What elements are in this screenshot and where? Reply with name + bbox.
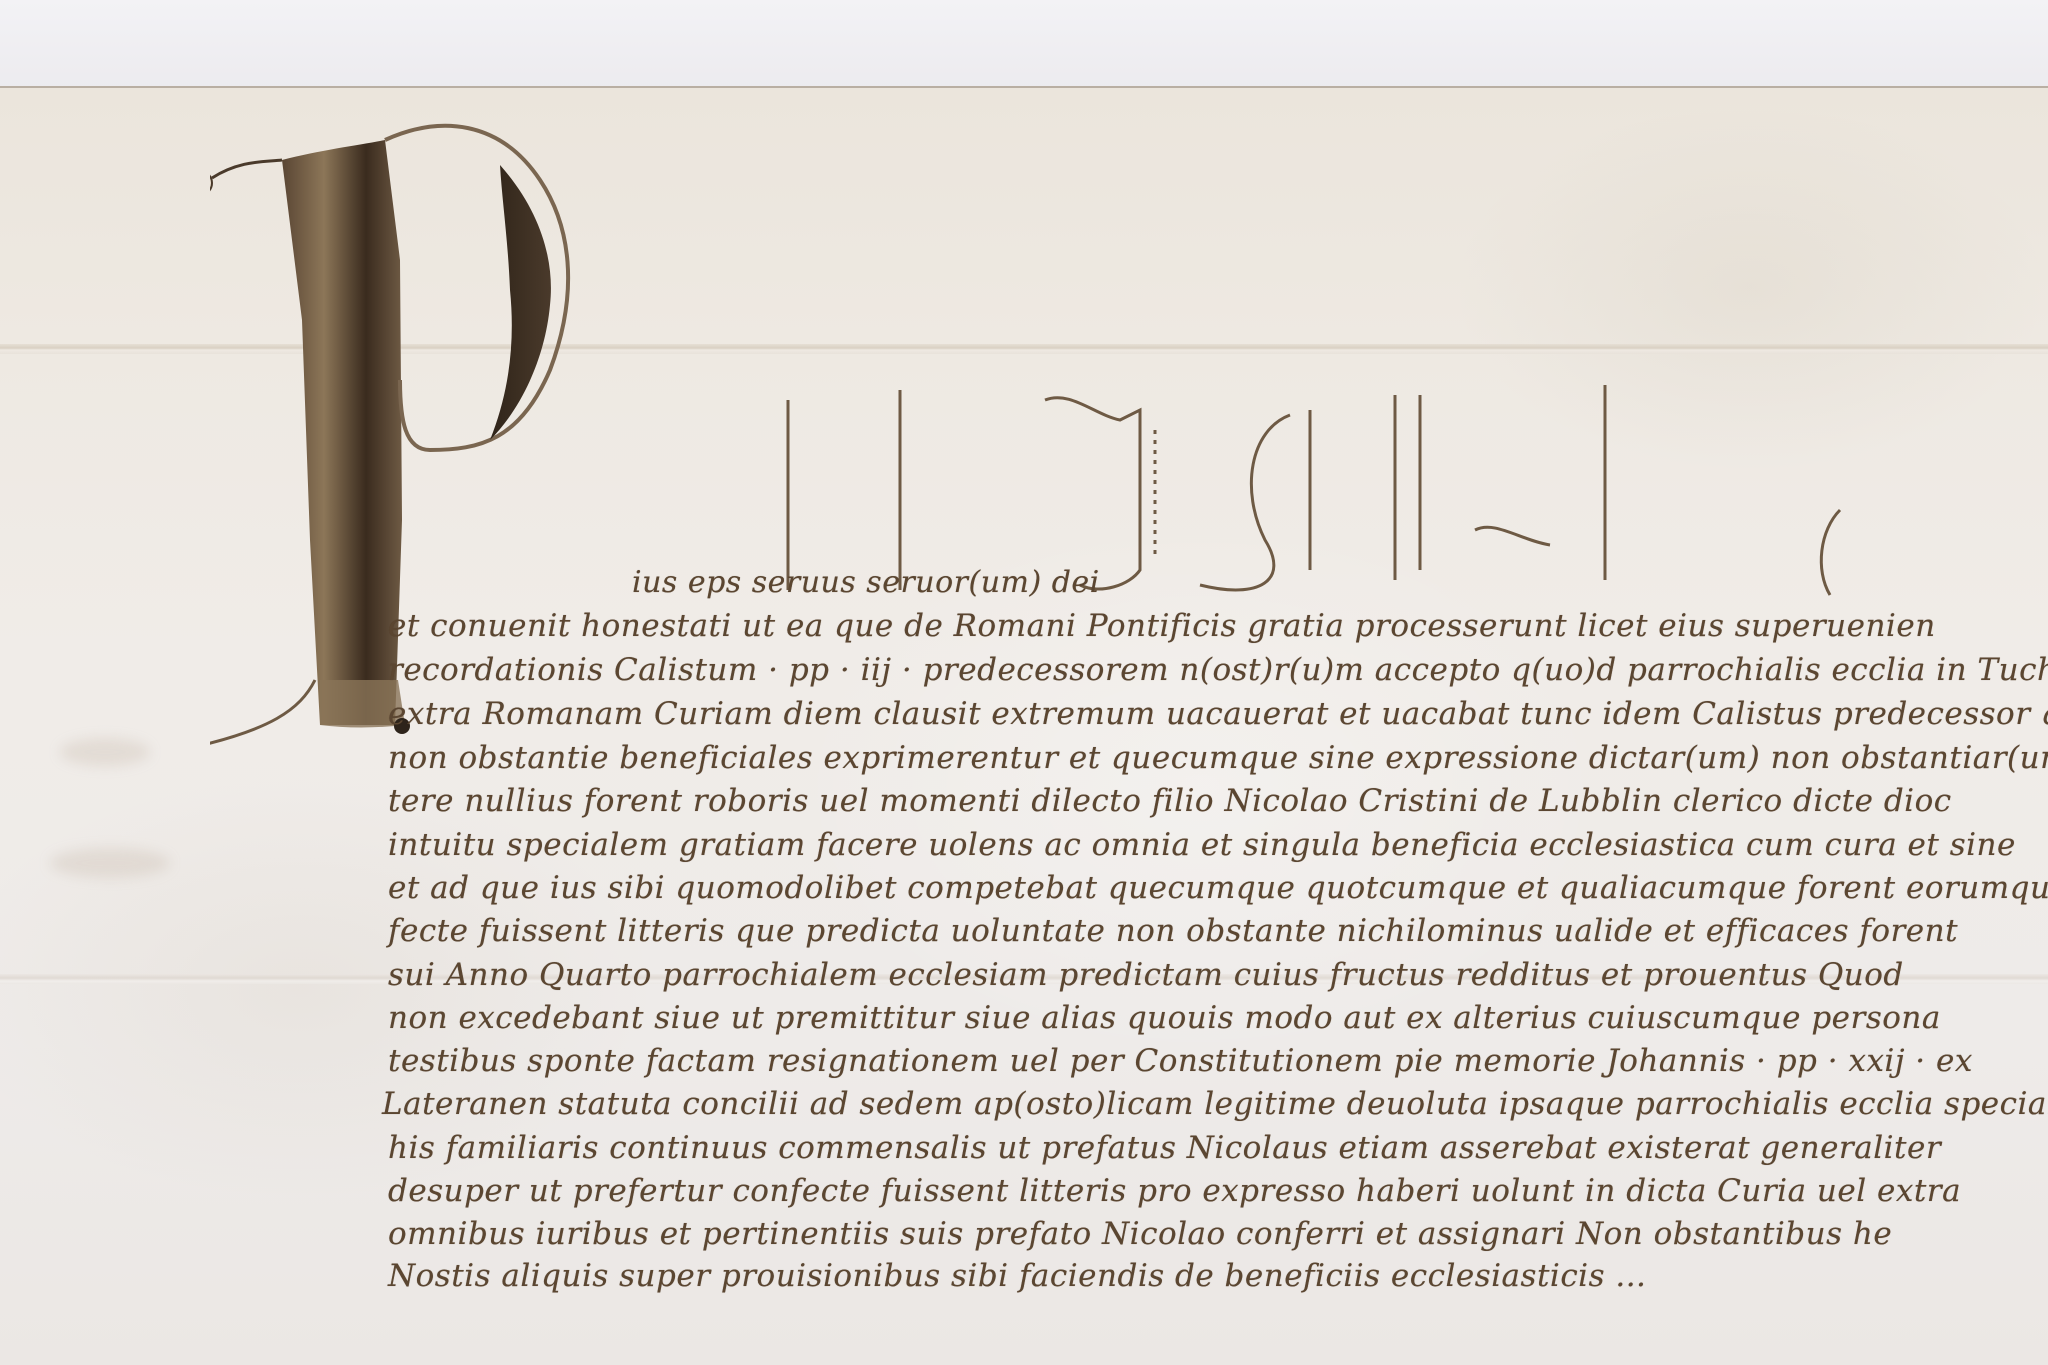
text-line: et ad que ius sibi quomodolibet competeb… [388,870,2048,906]
document-body: ius eps seruus seruor(um) dei et conueni… [0,0,2048,1365]
text-line: his familiaris continuus commensalis ut … [388,1130,1941,1166]
text-line: tere nullius forent roboris uel momenti … [388,783,1952,819]
text-line: recordationis Calistum · pp · iij · pred… [388,652,2048,688]
text-line: non obstantie beneficiales exprimerentur… [388,740,2048,776]
text-line: fecte fuissent litteris que predicta uol… [388,913,1958,949]
text-line: Lateranen statuta concilii ad sedem ap(o… [382,1086,2048,1122]
text-line: Nostis aliquis super prouisionibus sibi … [388,1258,1646,1294]
text-line: non excedebant siue ut premittitur siue … [388,1000,1941,1036]
text-line: extra Romanam Curiam diem clausit extrem… [388,696,2048,732]
text-line: ius eps seruus seruor(um) dei [632,565,1100,600]
text-line: desuper ut prefertur confecte fuissent l… [388,1173,1961,1209]
text-line: testibus sponte factam resignationem uel… [388,1043,1973,1079]
text-line: sui Anno Quarto parrochialem ecclesiam p… [388,957,1904,993]
text-line: et conuenit honestati ut ea que de Roman… [388,608,1936,644]
text-line: omnibus iuribus et pertinentiis suis pre… [388,1216,1892,1252]
text-line: intuitu specialem gratiam facere uolens … [388,827,2016,863]
